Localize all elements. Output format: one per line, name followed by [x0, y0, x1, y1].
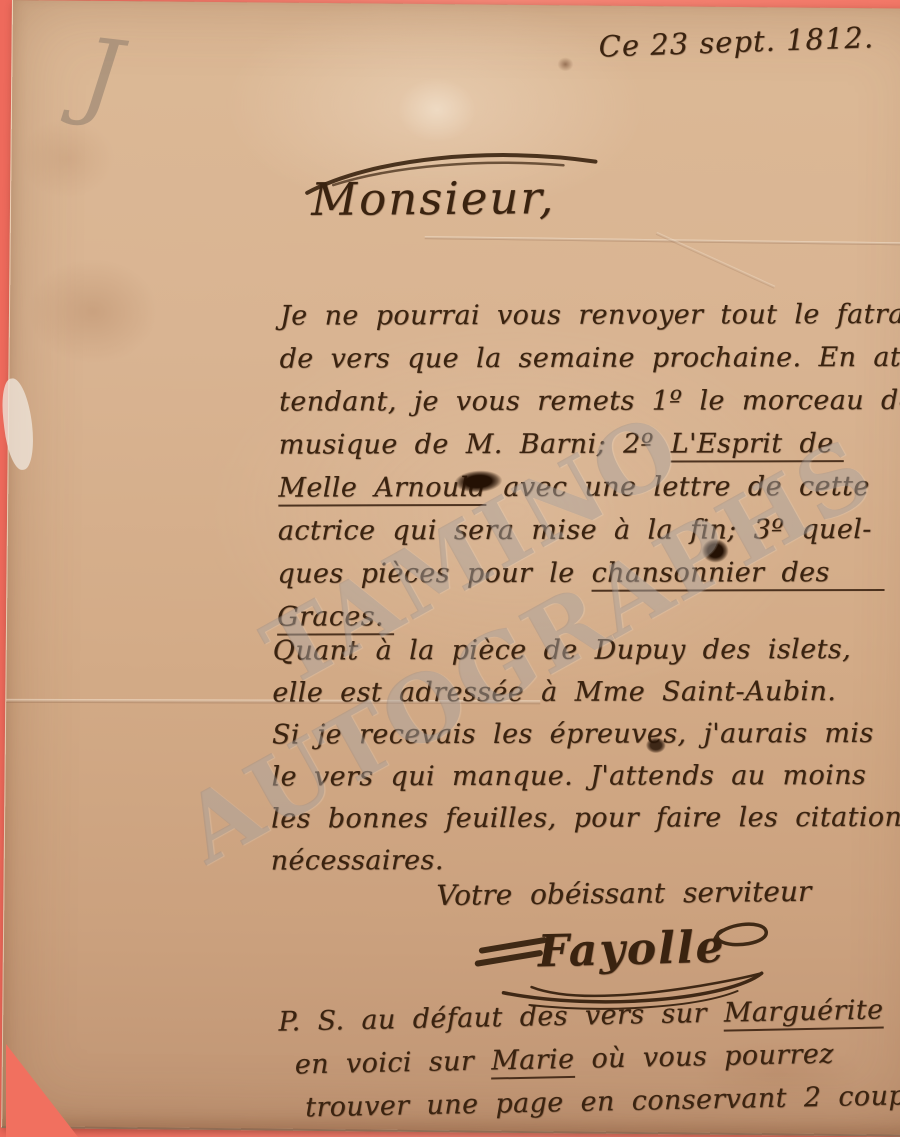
letter-line: elle est adressée à Mme Saint-Aubin. — [272, 671, 900, 715]
text-run: tendant, je vous remets 1º le morceau de — [279, 385, 900, 418]
text-run: musique de M. Barni; 2º — [279, 429, 671, 461]
postscript: P. S. au défaut des vers sur Marguérite … — [278, 995, 900, 1129]
underlined-text: Melle Arnould — [278, 472, 486, 507]
letter-line: les bonnes feuilles, pour faire les cita… — [271, 797, 900, 841]
text-run: les bonnes feuilles, pour faire les cita… — [271, 802, 900, 835]
text-run: actrice qui sera mise à la fin; 3º quel- — [278, 514, 872, 547]
ink-speck — [557, 57, 573, 71]
text-run: avec une lettre de cette — [486, 471, 869, 503]
letter-line: musique de M. Barni; 2º L'Esprit de — [279, 422, 900, 467]
text-run: le vers qui manque. J'attends au moins — [272, 760, 867, 793]
underlined-text: Marguérite — [724, 994, 884, 1031]
ink-blot — [646, 737, 666, 753]
paragraph-2: Quant à la pièce de Dupuy des islets, el… — [271, 631, 900, 889]
letter-line: Quant à la pièce de Dupuy des islets, — [273, 629, 900, 673]
text-run: trouver une page en conservant 2 couplet… — [305, 1079, 900, 1123]
pencil-mark: J — [77, 25, 126, 125]
letter-line: Melle Arnould avec une lettre de cette — [278, 465, 900, 510]
text-run: nécessaires. — [271, 845, 444, 876]
closing-line: Votre obéissant serviteur — [436, 874, 811, 915]
text-run: Si je recevais les épreuves, j'aurais mi… — [272, 718, 874, 751]
text-run: en voici sur — [295, 1046, 492, 1081]
letter-line: tendant, je vous remets 1º le morceau de — [279, 379, 900, 424]
salutation: Monsieur, — [311, 171, 556, 227]
text-run: elle est adressée à Mme Saint-Aubin. — [272, 676, 836, 708]
underlined-text: chansonnier des — [592, 557, 885, 592]
paper-tear — [0, 377, 37, 472]
stain — [398, 78, 477, 143]
text-run: où vous pourrez — [574, 1039, 834, 1075]
photo-mat: J Ce 23 sept. 1812. Monsieur, Je ne pour… — [0, 0, 900, 1137]
stain — [28, 258, 159, 364]
letter-page: J Ce 23 sept. 1812. Monsieur, Je ne pour… — [1, 0, 900, 1137]
underlined-text: Marie — [491, 1044, 575, 1080]
letter-line: actrice qui sera mise à la fin; 3º quel- — [278, 508, 900, 553]
text-run: ques pièces pour le — [277, 558, 591, 590]
letter-line: ques pièces pour le chansonnier des — [277, 551, 900, 596]
letter-line: Je ne pourrai vous renvoyer tout le fatr… — [280, 293, 900, 338]
letter-line: Si je recevais les épreuves, j'aurais mi… — [272, 713, 900, 757]
letter-line: le vers qui manque. J'attends au moins — [271, 755, 900, 799]
paragraph-1: Je ne pourrai vous renvoyer tout le fatr… — [277, 295, 900, 645]
text-run: de vers que la semaine prochaine. En at= — [280, 342, 900, 375]
letter-line: de vers que la semaine prochaine. En at= — [280, 336, 900, 381]
underlined-text: L'Esprit de — [671, 428, 844, 462]
signature: Fayolle — [537, 924, 726, 977]
text-run: P. S. au défaut des vers sur — [278, 998, 724, 1038]
letter-date: Ce 23 sept. 1812. — [598, 20, 874, 64]
ink-blot — [702, 539, 729, 563]
text-run: Quant à la pièce de Dupuy des islets, — [273, 634, 851, 667]
text-run: Je ne pourrai vous renvoyer tout le fatr… — [280, 299, 900, 332]
